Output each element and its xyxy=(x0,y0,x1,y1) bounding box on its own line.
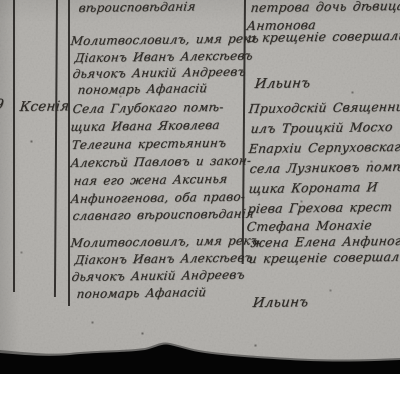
handwritten-line: пономарь Афанасій xyxy=(76,286,207,300)
handwritten-line: дьячокъ Аникій Андреевъ xyxy=(71,269,245,283)
handwritten-line: и крещеніе совершали xyxy=(247,30,400,45)
dust-specks xyxy=(0,0,1,1)
handwritten-line: щика Короната И xyxy=(248,181,378,195)
handwritten-line: и крещеніе совершали xyxy=(248,251,400,266)
scan-shadow xyxy=(0,340,400,374)
handwritten-line: петрова дочь дѣвица М xyxy=(250,0,400,15)
handwritten-line: вѣроисповѣданія xyxy=(78,0,196,14)
handwritten-line: славнаго вѣроисповѣданія xyxy=(72,207,255,222)
handwritten-line: Ильинъ xyxy=(254,77,311,91)
handwritten-line: дьячокъ Аникій Андреевъ xyxy=(72,66,246,80)
document-scan: 9 Ксенія вѣроисповѣданія Молитвословилъ,… xyxy=(0,0,400,400)
handwritten-line: Приходскій Священникъ xyxy=(248,101,400,116)
handwritten-line: жена Елена Анфиноге xyxy=(250,235,400,250)
handwritten-line: пономарь Афанасій xyxy=(77,82,208,96)
handwritten-line: ріева Грехова крест xyxy=(247,201,393,216)
handwritten-line: Діаконъ Иванъ Алексѣевъ xyxy=(74,251,253,266)
handwritten-line: Стефана Монахіе xyxy=(246,219,373,233)
handwritten-line: Молитвословилъ, имя рекъ xyxy=(70,234,260,249)
handwritten-line: Анфиногенова, оба право- xyxy=(70,191,246,205)
handwritten-line: щика Ивана Яковлева xyxy=(70,119,220,133)
handwritten-line: Алексѣй Павловъ и закон- xyxy=(70,154,252,169)
handwritten-line: Ильинъ xyxy=(252,296,309,310)
handwritten-line: Телегина крестьянинъ xyxy=(71,137,227,151)
entry-name: Ксенія xyxy=(19,100,70,114)
scan-backing-strip xyxy=(0,374,400,400)
handwritten-line: села Лузниковъ помѣ xyxy=(249,161,400,176)
handwritten-line: Епархіи Серпуховскаго у xyxy=(248,141,400,156)
handwritten-line: Діаконъ Иванъ Алексѣевъ xyxy=(74,49,253,64)
handwritten-line: Села Глубокаго помѣ- xyxy=(72,101,224,115)
handwritten-line: Молитвословилъ, имя рекъ xyxy=(70,32,260,47)
handwritten-line: илъ Троицкій Мосхо xyxy=(250,121,393,136)
ruling-line-left-1 xyxy=(13,0,15,292)
handwritten-line: ная его жена Аксинья xyxy=(73,173,228,187)
